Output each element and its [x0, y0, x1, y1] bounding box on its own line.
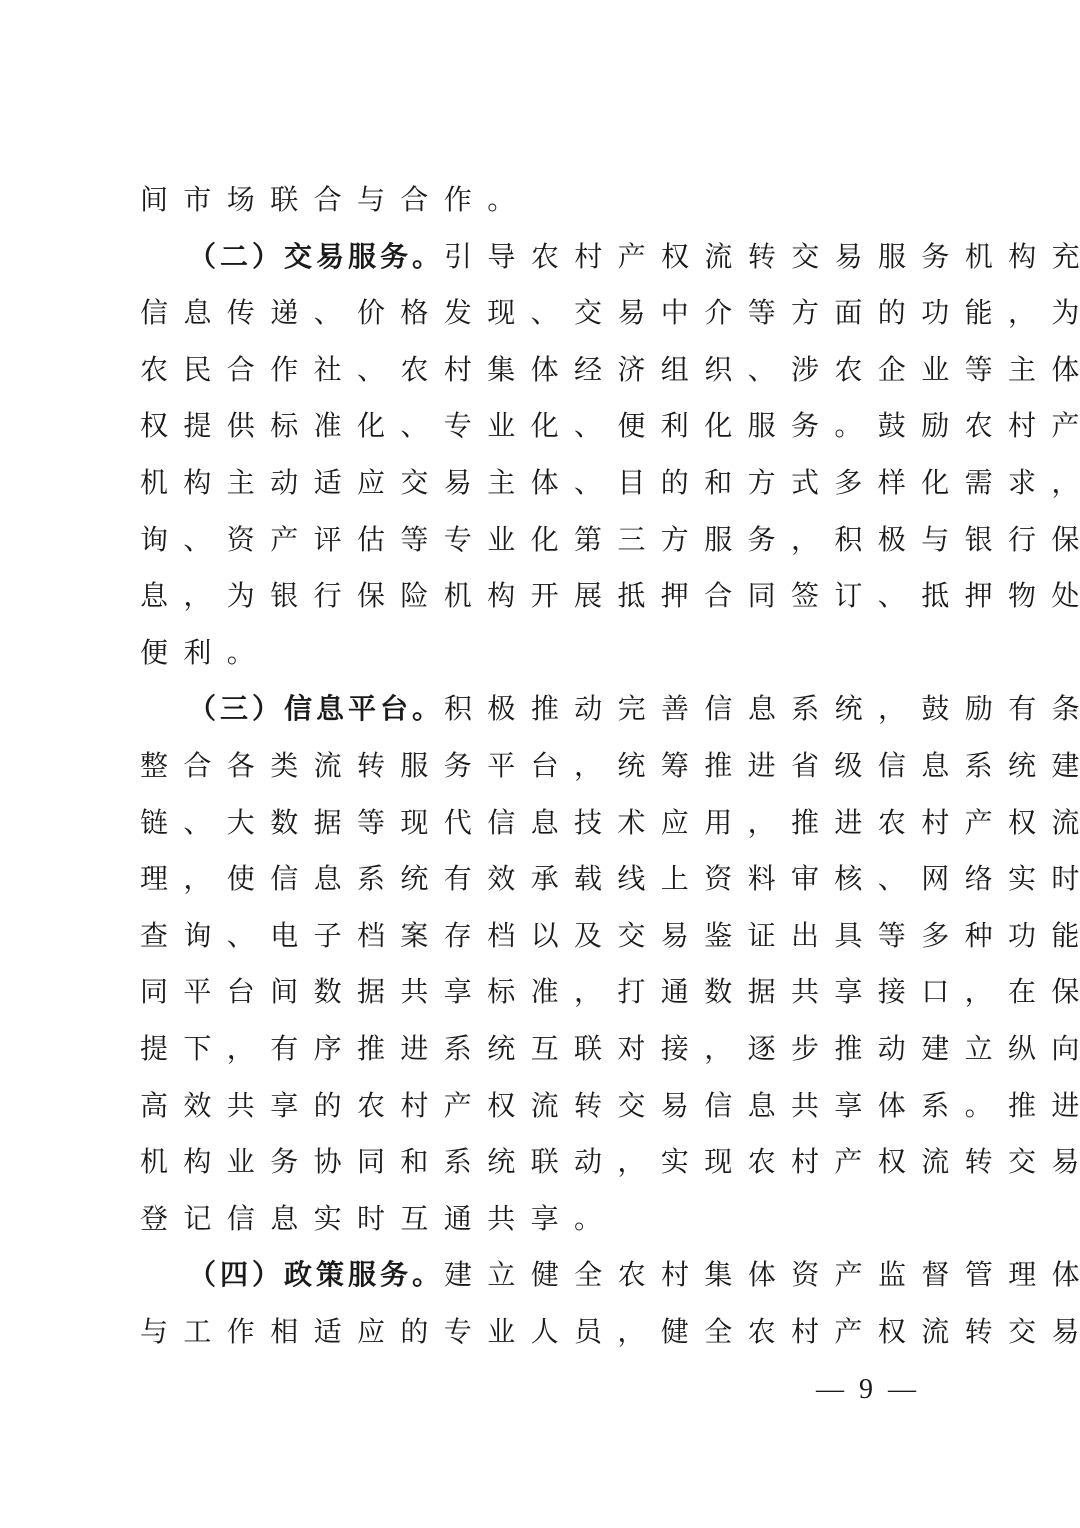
text-line: 询、资产评估等专业化第三方服务，积极与银行保险机构共享信: [140, 512, 944, 569]
text-line: 整合各类流转服务平台，统筹推进省级信息系统建设。加强区块: [140, 738, 944, 795]
text-line: 息，为银行保险机构开展抵押合同签订、抵押物处置交易业务提供: [140, 568, 944, 625]
section-heading-trading-services: （二）交易服务。: [188, 240, 444, 273]
section-heading-info-platform: （三）信息平台。: [188, 692, 444, 725]
line-text: 高效共享的农村产权流转交易信息共享体系。推进与不动产登记: [140, 1089, 1080, 1122]
line-text: 机构业务协同和系统联动，实现农村产权流转交易信息与不动产: [140, 1145, 1080, 1178]
line-text: 提下，有序推进系统互联对接，逐步推动建立纵向贯通、横向联动、: [140, 1032, 1080, 1065]
text-line: 信息传递、价格发现、交易中介等方面的功能，为农户、家庭农场、: [140, 285, 944, 342]
line-text: 农民合作社、农村集体经济组织、涉农企业等主体流转交易农村产: [140, 353, 1080, 386]
line-text: 机构主动适应交易主体、目的和方式多样化需求，积极引入法律咨: [140, 466, 1080, 499]
line-text: 询、资产评估等专业化第三方服务，积极与银行保险机构共享信: [140, 523, 1080, 556]
line-text: 信息传递、价格发现、交易中介等方面的功能，为农户、家庭农场、: [140, 296, 1080, 329]
line-text: 积极推动完善信息系统，鼓励有条件的地方: [444, 692, 1080, 725]
line-text: 权提供标准化、专业化、便利化服务。鼓励农村产权流转交易服务: [140, 409, 1080, 442]
text-line: 理，使信息系统有效承载线上资料审核、网络实时竞价、信息发布: [140, 851, 944, 908]
body-text: 间市场联合与合作。 （二）交易服务。引导农村产权流转交易服务机构充分发挥 信息传…: [140, 172, 944, 1360]
text-line: 查询、电子档案存档以及交易鉴证出具等多种功能。研究制定不: [140, 908, 944, 965]
line-text: 与工作相适应的专业人员，健全农村产权流转交易设施，加强农村: [140, 1315, 1080, 1348]
text-line: 权提供标准化、专业化、便利化服务。鼓励农村产权流转交易服务: [140, 398, 944, 455]
line-text: 建立健全农村集体资产监督管理体系，配备: [444, 1258, 1080, 1291]
text-line: （四）政策服务。建立健全农村集体资产监督管理体系，配备: [140, 1247, 944, 1304]
text-line: 机构主动适应交易主体、目的和方式多样化需求，积极引入法律咨: [140, 455, 944, 512]
text-line: 农民合作社、农村集体经济组织、涉农企业等主体流转交易农村产: [140, 342, 944, 399]
text-line: （三）信息平台。积极推动完善信息系统，鼓励有条件的地方: [140, 681, 944, 738]
line-text: 同平台间数据共享标准，打通数据共享接口，在保证信息安全的前: [140, 975, 1080, 1008]
line-text: 息，为银行保险机构开展抵押合同签订、抵押物处置交易业务提供: [140, 579, 1080, 612]
document-page: 间市场联合与合作。 （二）交易服务。引导农村产权流转交易服务机构充分发挥 信息传…: [0, 0, 1080, 1528]
text-line: 链、大数据等现代信息技术应用，推进农村产权流转交易数字化管: [140, 795, 944, 852]
text-line: 间市场联合与合作。: [140, 172, 944, 229]
text-line: 提下，有序推进系统互联对接，逐步推动建立纵向贯通、横向联动、: [140, 1021, 944, 1078]
page-number: — 9 —: [816, 1372, 920, 1408]
text-line: 高效共享的农村产权流转交易信息共享体系。推进与不动产登记: [140, 1078, 944, 1135]
line-text: 查询、电子档案存档以及交易鉴证出具等多种功能。研究制定不: [140, 919, 1080, 952]
line-text: 链、大数据等现代信息技术应用，推进农村产权流转交易数字化管: [140, 806, 1080, 839]
line-text: 间市场联合与合作。: [140, 183, 531, 216]
text-line: 登记信息实时互通共享。: [140, 1191, 944, 1248]
text-line: 机构业务协同和系统联动，实现农村产权流转交易信息与不动产: [140, 1134, 944, 1191]
line-text: 登记信息实时互通共享。: [140, 1202, 617, 1235]
line-text: 引导农村产权流转交易服务机构充分发挥: [444, 240, 1080, 273]
text-line: 同平台间数据共享标准，打通数据共享接口，在保证信息安全的前: [140, 964, 944, 1021]
line-text: 整合各类流转服务平台，统筹推进省级信息系统建设。加强区块: [140, 749, 1080, 782]
line-text: 理，使信息系统有效承载线上资料审核、网络实时竞价、信息发布: [140, 862, 1080, 895]
text-line: 与工作相适应的专业人员，健全农村产权流转交易设施，加强农村: [140, 1304, 944, 1361]
section-heading-policy-services: （四）政策服务。: [188, 1258, 444, 1291]
text-line: （二）交易服务。引导农村产权流转交易服务机构充分发挥: [140, 229, 944, 286]
line-text: 便利。: [140, 636, 270, 669]
text-line: 便利。: [140, 625, 944, 682]
